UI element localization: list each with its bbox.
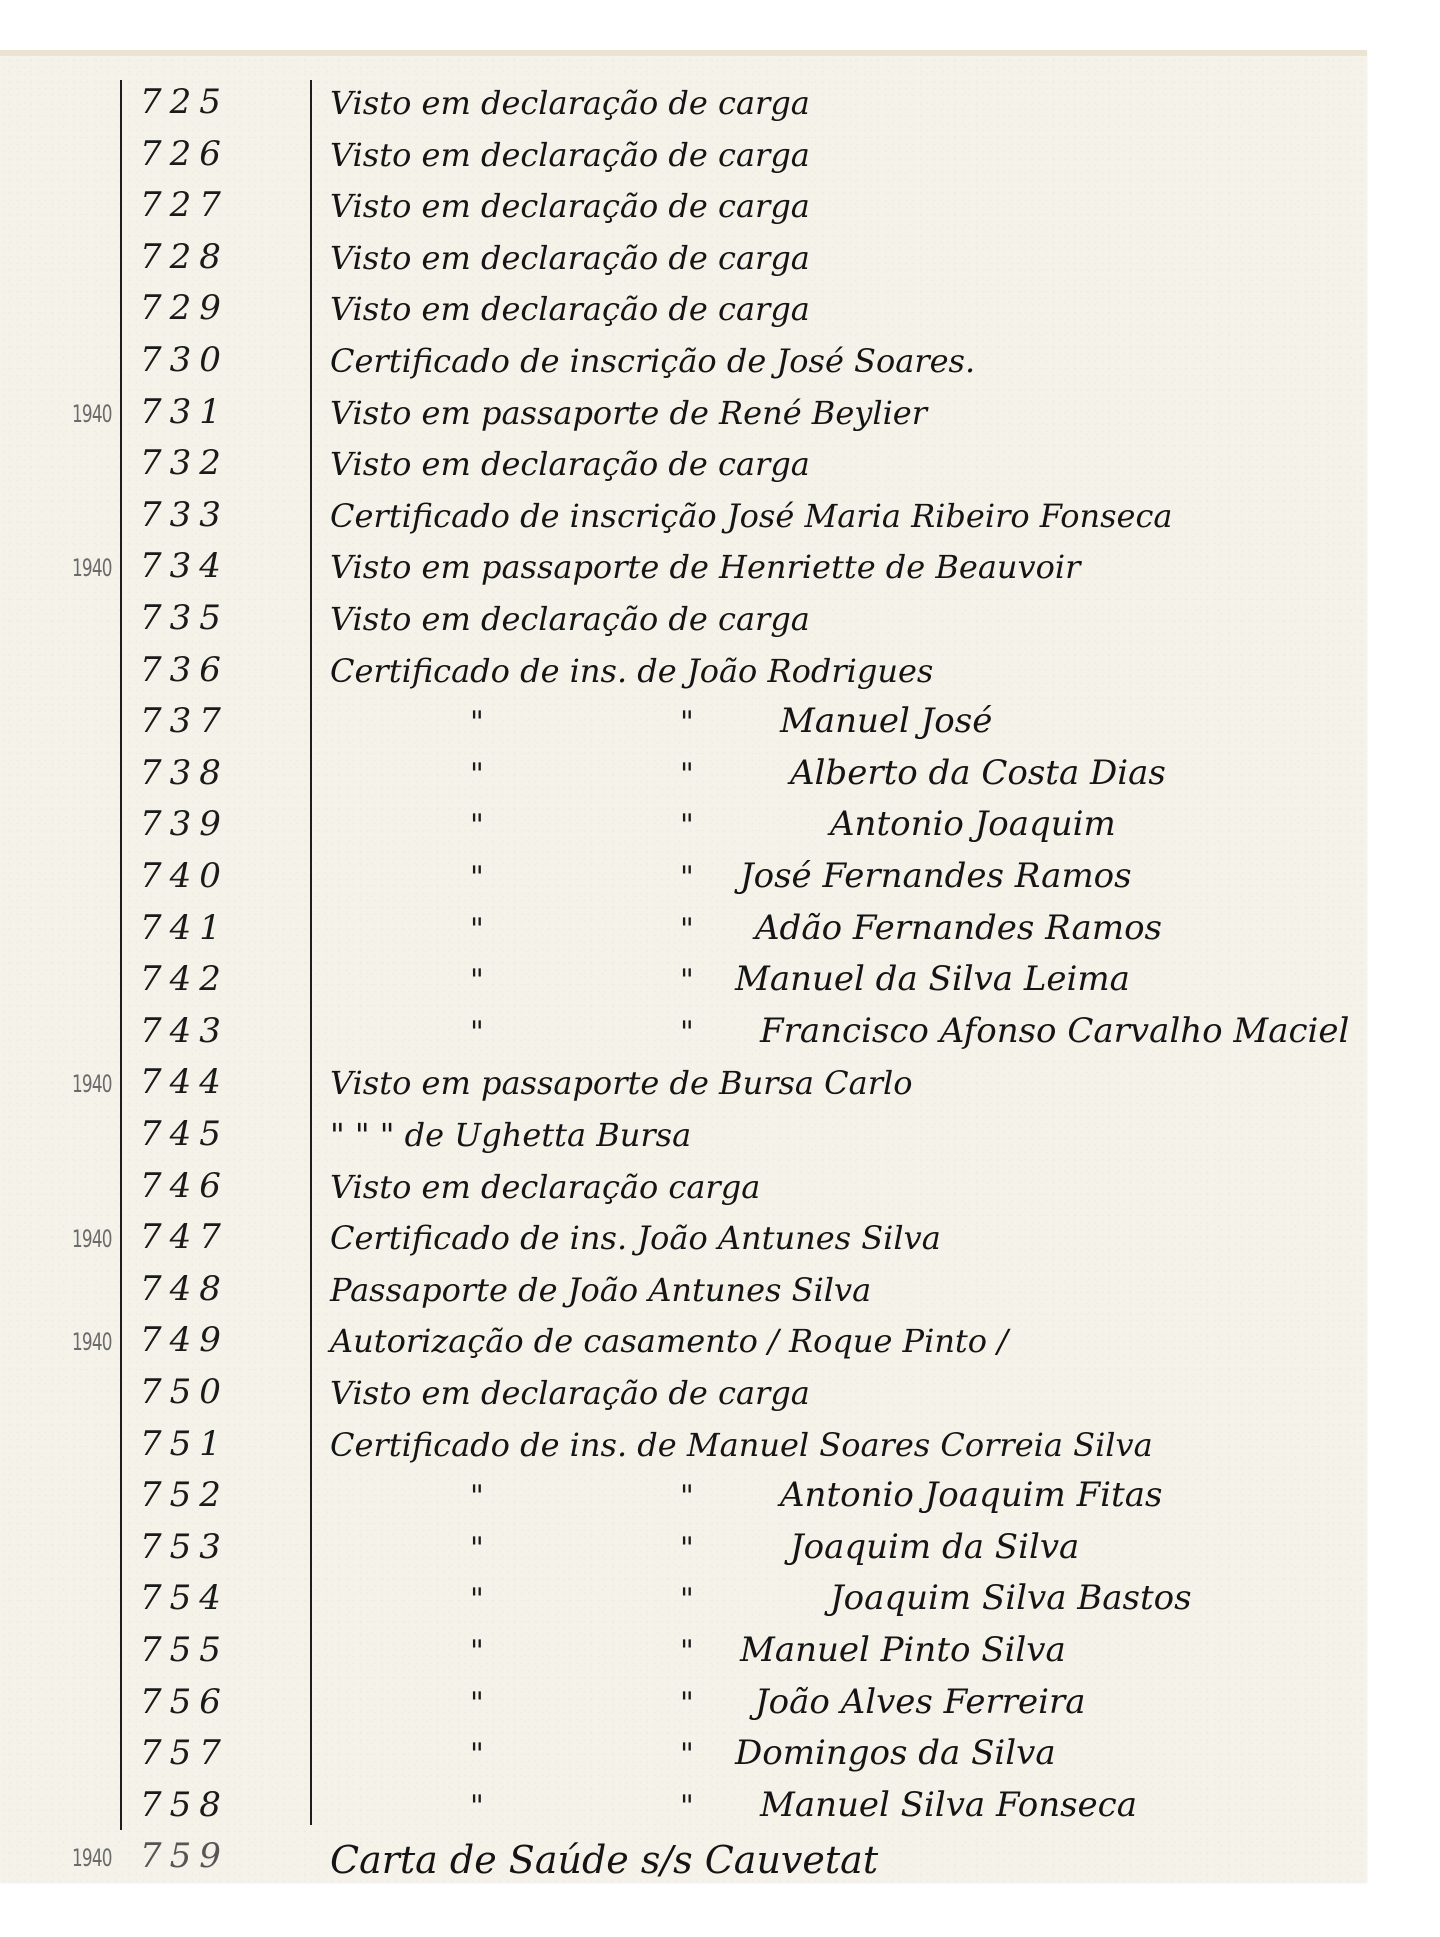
register-entry: 745 " " " de Ughetta Bursa <box>0 1114 1367 1162</box>
entry-name: Joaquim da Silva <box>790 1527 1079 1567</box>
ditto-mark: " <box>470 705 484 740</box>
entry-text: Visto em declaração carga <box>330 1168 760 1206</box>
register-entry: 730 Certificado de inscrição de José Soa… <box>0 340 1367 388</box>
register-entry: 758 " " Manuel Silva Fonseca <box>0 1785 1367 1833</box>
ditto-mark: " <box>470 808 484 843</box>
ditto-mark: " <box>470 1531 484 1566</box>
entry-number: 757 <box>140 1733 229 1773</box>
entry-number: 754 <box>140 1578 229 1618</box>
register-entry: 740 " " José Fernandes Ramos <box>0 856 1367 904</box>
entry-number: 745 <box>140 1114 229 1154</box>
entry-number: 742 <box>140 959 229 999</box>
ditto-mark: " <box>680 757 694 792</box>
register-entry: 738 " " Alberto da Costa Dias <box>0 753 1367 801</box>
ditto-mark: " <box>680 1582 694 1617</box>
entry-text: Visto em passaporte de René Beylier <box>330 394 927 432</box>
entry-text: Certificado de inscrição José Maria Ribe… <box>330 497 1172 535</box>
register-entry: 1940 744 Visto em passaporte de Bursa Ca… <box>0 1062 1367 1110</box>
entry-text: Certificado de ins. de João Rodrigues <box>330 652 933 690</box>
entry-text: Visto em declaração de carga <box>330 600 810 638</box>
entry-number: 739 <box>140 804 229 844</box>
entry-text: Certificado de inscrição de José Soares. <box>330 342 975 380</box>
entry-number: 758 <box>140 1785 229 1825</box>
register-entry: 746 Visto em declaração carga <box>0 1166 1367 1214</box>
year-stamp: 1940 <box>72 1328 109 1356</box>
ditto-mark: " <box>680 1686 694 1721</box>
ditto-mark: " <box>680 1634 694 1669</box>
entry-text: Autorização de casamento / Roque Pinto / <box>330 1322 1008 1360</box>
register-entry: 727 Visto em declaração de carga <box>0 185 1367 233</box>
register-entry: 743 " " Francisco Afonso Carvalho Maciel <box>0 1011 1367 1059</box>
year-stamp: 1940 <box>72 1844 109 1872</box>
entry-name: Joaquim Silva Bastos <box>830 1578 1192 1618</box>
entry-number: 744 <box>140 1062 229 1102</box>
entry-number: 731 <box>140 392 229 432</box>
register-entry: 737 " " Manuel José <box>0 701 1367 749</box>
entry-number: 748 <box>140 1269 229 1309</box>
register-entry: 1940 731 Visto em passaporte de René Bey… <box>0 392 1367 440</box>
ditto-mark: " <box>680 1015 694 1050</box>
ditto-mark: " <box>470 1582 484 1617</box>
entry-name: Manuel da Silva Leima <box>735 959 1130 999</box>
year-stamp: 1940 <box>72 400 109 428</box>
entry-text: Certificado de ins. de Manuel Soares Cor… <box>330 1426 1153 1464</box>
entry-text: Visto em declaração de carga <box>330 445 810 483</box>
entry-text: Visto em declaração de carga <box>330 1374 810 1412</box>
entry-text: Visto em passaporte de Henriette de Beau… <box>330 548 1080 586</box>
register-entry: 755 " " Manuel Pinto Silva <box>0 1630 1367 1678</box>
entry-number: 743 <box>140 1011 229 1051</box>
ditto-mark: " <box>680 912 694 947</box>
ditto-mark: " <box>470 1015 484 1050</box>
register-entry: 1940 759 Carta de Saúde s/s Cauvetat <box>0 1836 1367 1884</box>
register-entry: 750 Visto em declaração de carga <box>0 1372 1367 1420</box>
year-stamp: 1940 <box>72 1070 109 1098</box>
entry-name: Francisco Afonso Carvalho Maciel <box>760 1011 1349 1051</box>
register-entry: 752 " " Antonio Joaquim Fitas <box>0 1475 1367 1523</box>
register-entry: 1940 734 Visto em passaporte de Henriett… <box>0 546 1367 594</box>
entry-number: 725 <box>140 82 229 122</box>
entry-text: Visto em declaração de carga <box>330 136 810 174</box>
register-entry: 757 " " Domingos da Silva <box>0 1733 1367 1781</box>
ditto-mark: " <box>470 1479 484 1514</box>
ditto-mark: " <box>680 963 694 998</box>
year-stamp: 1940 <box>72 554 109 582</box>
entry-number: 734 <box>140 546 229 586</box>
register-entry: 751 Certificado de ins. de Manuel Soares… <box>0 1424 1367 1472</box>
entry-name: Antonio Joaquim <box>830 804 1116 844</box>
entry-text: Visto em passaporte de Bursa Carlo <box>330 1064 913 1102</box>
ditto-mark: " <box>680 860 694 895</box>
ditto-mark: " <box>470 963 484 998</box>
register-entry: 735 Visto em declaração de carga <box>0 598 1367 646</box>
entry-text: Visto em declaração de carga <box>330 290 810 328</box>
entry-number: 753 <box>140 1527 229 1567</box>
entry-number: 735 <box>140 598 229 638</box>
register-entry: 753 " " Joaquim da Silva <box>0 1527 1367 1575</box>
entry-number: 747 <box>140 1217 229 1257</box>
ditto-mark: " <box>470 912 484 947</box>
entry-number: 746 <box>140 1166 229 1206</box>
ditto-mark: " <box>680 1531 694 1566</box>
entry-text: Certificado de ins. João Antunes Silva <box>330 1219 941 1257</box>
entry-number: 726 <box>140 134 229 174</box>
entry-name: Manuel José <box>780 701 992 741</box>
register-entry: 741 " " Adão Fernandes Ramos <box>0 908 1367 956</box>
ditto-mark: " <box>680 808 694 843</box>
entry-name: José Fernandes Ramos <box>740 856 1132 896</box>
entry-number: 728 <box>140 237 229 277</box>
entry-name: Domingos da Silva <box>735 1733 1056 1773</box>
register-entry: 756 " " João Alves Ferreira <box>0 1682 1367 1730</box>
entry-text: " " " de Ughetta Bursa <box>330 1116 691 1154</box>
ditto-mark: " <box>680 1789 694 1824</box>
paper-edge <box>0 50 1367 56</box>
register-entry: 728 Visto em declaração de carga <box>0 237 1367 285</box>
ditto-mark: " <box>470 1686 484 1721</box>
entry-text: Passaporte de João Antunes Silva <box>330 1271 871 1309</box>
entry-name: Antonio Joaquim Fitas <box>780 1475 1162 1515</box>
entry-number: 756 <box>140 1682 229 1722</box>
register-entry: 739 " " Antonio Joaquim <box>0 804 1367 852</box>
register-entry: 742 " " Manuel da Silva Leima <box>0 959 1367 1007</box>
register-entry: 736 Certificado de ins. de João Rodrigue… <box>0 650 1367 698</box>
entry-text: Visto em declaração de carga <box>330 239 810 277</box>
entry-text: Visto em declaração de carga <box>330 84 810 122</box>
register-entry: 732 Visto em declaração de carga <box>0 443 1367 491</box>
entry-number: 750 <box>140 1372 229 1412</box>
register-entry: 733 Certificado de inscrição José Maria … <box>0 495 1367 543</box>
register-entry: 725 Visto em declaração de carga <box>0 82 1367 130</box>
year-stamp: 1940 <box>72 1225 109 1253</box>
entry-name: Adão Fernandes Ramos <box>755 908 1162 948</box>
entry-name: Alberto da Costa Dias <box>790 753 1166 793</box>
entry-name: Manuel Pinto Silva <box>740 1630 1066 1670</box>
register-entry: 748 Passaporte de João Antunes Silva <box>0 1269 1367 1317</box>
entry-number: 740 <box>140 856 229 896</box>
ditto-mark: " <box>680 705 694 740</box>
entry-number: 759 <box>140 1836 229 1876</box>
register-entry: 754 " " Joaquim Silva Bastos <box>0 1578 1367 1626</box>
register-entry: 729 Visto em declaração de carga <box>0 288 1367 336</box>
entry-number: 738 <box>140 753 229 793</box>
entry-number: 729 <box>140 288 229 328</box>
entry-number: 736 <box>140 650 229 690</box>
entry-number: 730 <box>140 340 229 380</box>
entry-number: 727 <box>140 185 229 225</box>
ditto-mark: " <box>680 1479 694 1514</box>
ditto-mark: " <box>680 1737 694 1772</box>
ditto-mark: " <box>470 1634 484 1669</box>
entry-number: 732 <box>140 443 229 483</box>
register-entry: 1940 747 Certificado de ins. João Antune… <box>0 1217 1367 1265</box>
entry-number: 737 <box>140 701 229 741</box>
entry-text: Carta de Saúde s/s Cauvetat <box>330 1838 878 1882</box>
ditto-mark: " <box>470 860 484 895</box>
entry-number: 755 <box>140 1630 229 1670</box>
entry-number: 749 <box>140 1320 229 1360</box>
ditto-mark: " <box>470 757 484 792</box>
register-entry: 726 Visto em declaração de carga <box>0 134 1367 182</box>
ditto-mark: " <box>470 1737 484 1772</box>
entry-number: 733 <box>140 495 229 535</box>
ditto-mark: " <box>470 1789 484 1824</box>
entry-name: Manuel Silva Fonseca <box>760 1785 1137 1825</box>
entry-number: 752 <box>140 1475 229 1515</box>
register-entry: 1940 749 Autorização de casamento / Roqu… <box>0 1320 1367 1368</box>
entry-text: Visto em declaração de carga <box>330 187 810 225</box>
entry-number: 741 <box>140 908 229 948</box>
entry-number: 751 <box>140 1424 229 1464</box>
entry-name: João Alves Ferreira <box>755 1682 1086 1722</box>
